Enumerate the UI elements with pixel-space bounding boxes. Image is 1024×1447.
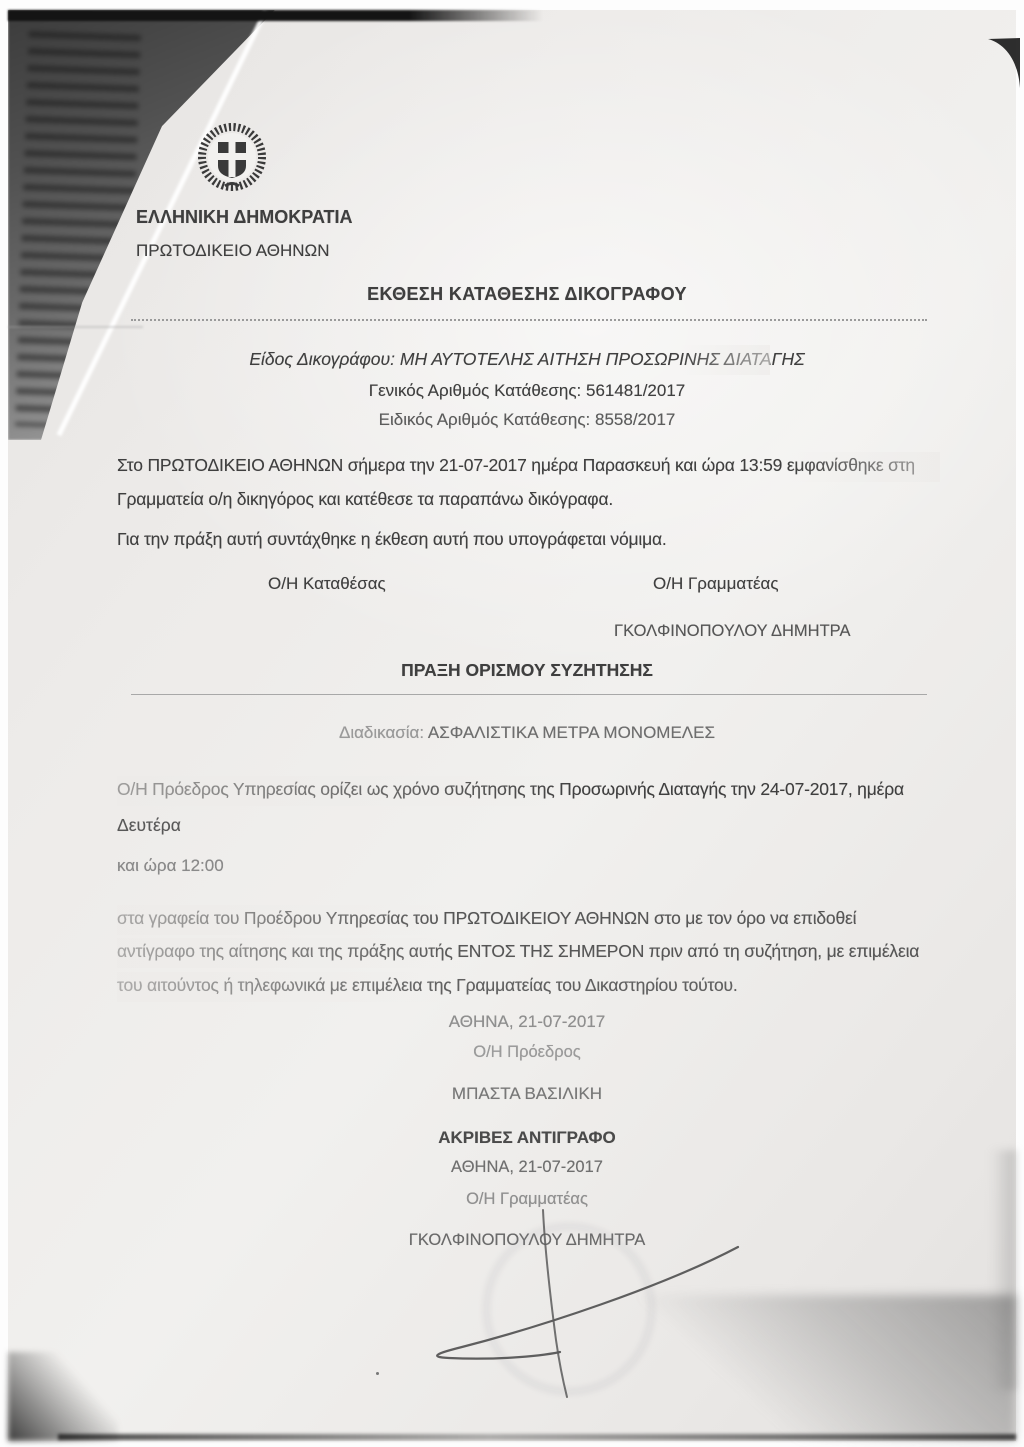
president-label: Ο/Η Πρόεδρος bbox=[100, 1043, 954, 1062]
document-type-label: Είδος Δικογράφου: bbox=[249, 349, 395, 369]
scan-top-edge-shadow bbox=[8, 10, 543, 21]
filing-secretary-label: Ο/Η Γραμματέας bbox=[653, 574, 779, 594]
scan-corner-top-right bbox=[988, 36, 1020, 88]
special-number-line: Ειδικός Αριθμός Κατάθεσης: 8558/2017 bbox=[100, 410, 954, 430]
header-country: ΕΛΛΗΝΙΚΗ ΔΗΜΟΚΡΑΤΙΑ bbox=[136, 207, 352, 228]
hearing-body-line1: Ο/Η Πρόεδρος Υπηρεσίας ορίζει ως χρόνο σ… bbox=[117, 779, 904, 800]
hearing-body-line5: αντίγραφο της αίτησης και της πράξης αυτ… bbox=[117, 941, 919, 962]
hearing-place-date: ΑΘΗΝΑ, 21-07-2017 bbox=[100, 1012, 954, 1032]
page-bottom-left-shadow bbox=[8, 1352, 118, 1441]
scanned-document-page: ΕΛΛΗΝΙΚΗ ΔΗΜΟΚΡΑΤΙΑ ΠΡΩΤΟΔΙΚΕΙΟ ΑΘΗΝΩΝ Ε… bbox=[0, 0, 1024, 1447]
certification-title: ΑΚΡΙΒΕΣ ΑΝΤΙΓΡΑΦΟ bbox=[100, 1128, 954, 1148]
separator-solid bbox=[131, 694, 927, 695]
page-bottom-right-shadow bbox=[560, 1295, 1016, 1441]
hearing-body-line3: και ώρα 12:00 bbox=[117, 856, 224, 876]
hearing-body-line6: του αιτούντος ή τηλεφωνικά με επιμέλεια … bbox=[117, 975, 738, 996]
hearing-body-line4: στα γραφεία του Προέδρου Υπηρεσίας του Π… bbox=[117, 908, 856, 929]
document-type-value: ΜΗ ΑΥΤΟΤΕΛΗΣ ΑΙΤΗΣΗ ΠΡΟΣΩΡΙΝΗΣ ΔΙΑΤΑΓΗΣ bbox=[400, 349, 805, 369]
certification-secretary-name: ΓΚΟΛΦΙΝΟΠΟΥΛΟΥ ΔΗΜΗΤΡΑ bbox=[100, 1231, 954, 1250]
procedure-value: ΑΣΦΑΛΙΣΤΙΚΑ ΜΕΤΡΑ ΜΟΝΟΜΕΛΕΣ bbox=[428, 723, 715, 742]
scan-bottom-edge-shadow bbox=[58, 1434, 1016, 1440]
certification-secretary-label: Ο/Η Γραμματέας bbox=[100, 1190, 954, 1209]
document-title: ΕΚΘΕΣΗ ΚΑΤΑΘΕΣΗΣ ΔΙΚΟΓΡΑΦΟΥ bbox=[100, 284, 954, 305]
greek-coat-of-arms-emblem bbox=[197, 120, 267, 194]
filing-closing-line: Για την πράξη αυτή συντάχθηκε η έκθεση α… bbox=[117, 529, 667, 550]
procedure-line: Διαδικασία: ΑΣΦΑΛΙΣΤΙΚΑ ΜΕΤΡΑ ΜΟΝΟΜΕΛΕΣ bbox=[100, 723, 954, 743]
procedure-label: Διαδικασία: bbox=[339, 723, 424, 742]
scan-speck bbox=[376, 1372, 379, 1375]
hearing-title: ΠΡΑΞΗ ΟΡΙΣΜΟΥ ΣΥΖΗΤΗΣΗΣ bbox=[100, 660, 954, 681]
special-number-label: Ειδικός Αριθμός Κατάθεσης: bbox=[379, 410, 591, 429]
certification-place-date: ΑΘΗΝΑ, 21-07-2017 bbox=[100, 1158, 954, 1177]
hearing-body-line2: Δευτέρα bbox=[117, 815, 181, 836]
paper-crease bbox=[8, 326, 143, 328]
president-name: ΜΠΑΣΤΑ ΒΑΣΙΛΙΚΗ bbox=[100, 1084, 954, 1104]
special-number-value: 8558/2017 bbox=[595, 410, 675, 429]
filing-body-line2: Γραμματεία ο/η δικηγόρος και κατέθεσε τα… bbox=[117, 489, 613, 510]
general-number-label: Γενικός Αριθμός Κατάθεσης: bbox=[369, 381, 582, 400]
general-number-line: Γενικός Αριθμός Κατάθεσης: 561481/2017 bbox=[100, 381, 954, 401]
separator-dotted bbox=[131, 319, 927, 321]
depositor-label: Ο/Η Καταθέσας bbox=[268, 574, 386, 594]
document-type-line: Είδος Δικογράφου: ΜΗ ΑΥΤΟΤΕΛΗΣ ΑΙΤΗΣΗ ΠΡ… bbox=[100, 349, 954, 370]
header-court: ΠΡΩΤΟΔΙΚΕΙΟ ΑΘΗΝΩΝ bbox=[136, 241, 330, 261]
filing-secretary-name: ΓΚΟΛΦΙΝΟΠΟΥΛΟΥ ΔΗΜΗΤΡΑ bbox=[614, 622, 850, 641]
general-number-value: 561481/2017 bbox=[586, 381, 685, 400]
filing-body-line1: Στο ΠΡΩΤΟΔΙΚΕΙΟ ΑΘΗΝΩΝ σήμερα την 21-07-… bbox=[117, 455, 915, 476]
